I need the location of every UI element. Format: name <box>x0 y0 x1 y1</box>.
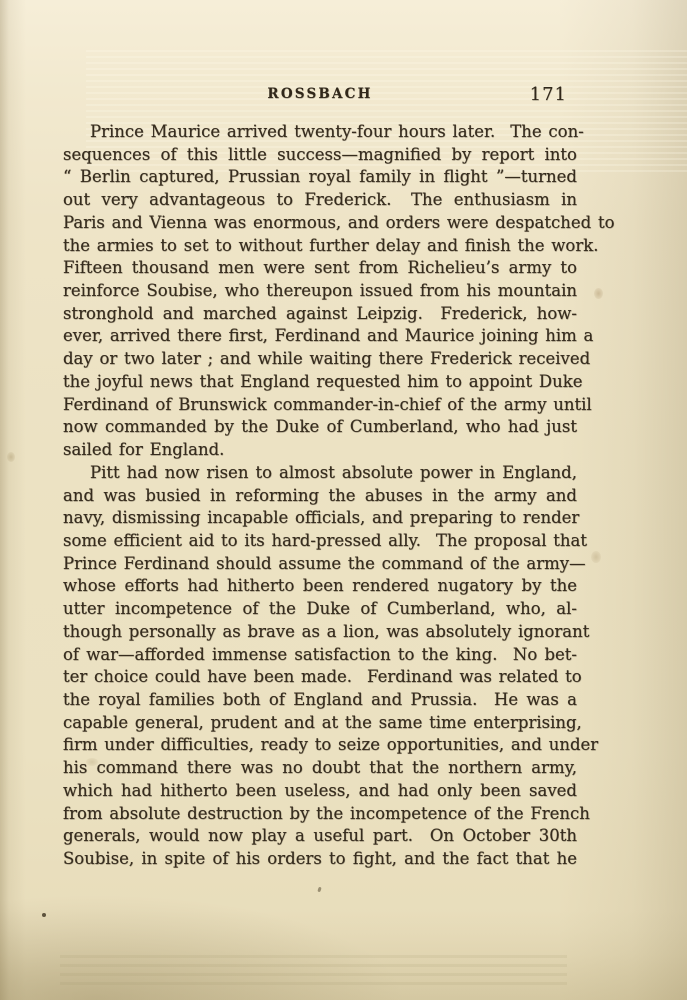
running-header-title: ROSSBACH <box>267 86 372 102</box>
text-line: some efficient aid to its hard-pressed a… <box>63 530 577 553</box>
text-line: the armies to set to without further del… <box>63 235 577 258</box>
text-line: ever, arrived there first, Ferdinand and… <box>63 325 577 348</box>
text-line: though personally as brave as a lion, wa… <box>63 621 577 644</box>
text-line: the royal families both of England and P… <box>63 689 577 712</box>
scan-speck <box>317 887 321 893</box>
text-line: day or two later ; and while waiting the… <box>63 348 577 371</box>
text-line: generals, would now play a useful part. … <box>63 825 577 848</box>
text-line: ter choice could have been made. Ferdina… <box>63 666 577 689</box>
scan-smudge <box>594 288 603 299</box>
text-line: the joyful news that England requested h… <box>63 371 577 394</box>
text-line: now commanded by the Duke of Cumberland,… <box>63 416 577 439</box>
text-line: “ Berlin captured, Prussian royal family… <box>63 166 577 189</box>
scan-smudge <box>591 551 601 563</box>
text-line: of war—afforded immense satisfaction to … <box>63 644 577 667</box>
text-line: stronghold and marched against Leipzig. … <box>63 303 577 326</box>
text-line: Fifteen thousand men were sent from Rich… <box>63 257 577 280</box>
text-line: reinforce Soubise, who thereupon issued … <box>63 280 577 303</box>
text-line: his command there was no doubt that the … <box>63 757 577 780</box>
text-line: firm under difficulties, ready to seize … <box>63 734 577 757</box>
text-line: sequences of this little success—magnifi… <box>63 144 577 167</box>
text-line: Prince Ferdinand should assume the comma… <box>63 553 577 576</box>
body-text: Prince Maurice arrived twenty-four hours… <box>63 121 577 871</box>
text-line: Soubise, in spite of his orders to fight… <box>63 848 577 871</box>
text-line: Ferdinand of Brunswick commander-in-chie… <box>63 394 577 417</box>
running-header: ROSSBACH 171 <box>63 84 577 106</box>
text-line: capable general, prudent and at the same… <box>63 712 577 735</box>
scan-speck <box>42 913 46 917</box>
text-line: and was busied in reforming the abuses i… <box>63 485 577 508</box>
scan-smudge <box>7 452 15 462</box>
text-line: whose efforts had hitherto been rendered… <box>63 575 577 598</box>
scan-streaks-bottom <box>60 955 567 985</box>
book-page: ROSSBACH 171 Prince Maurice arrived twen… <box>0 0 687 1000</box>
text-line: from absolute destruction by the incompe… <box>63 803 577 826</box>
text-line: which had hitherto been useless, and had… <box>63 780 577 803</box>
page-number: 171 <box>530 84 567 105</box>
text-line: utter incompetence of the Duke of Cumber… <box>63 598 577 621</box>
text-line: Prince Maurice arrived twenty-four hours… <box>63 121 577 144</box>
text-line: Pitt had now risen to almost absolute po… <box>63 462 577 485</box>
text-line: navy, dismissing incapable officials, an… <box>63 507 577 530</box>
text-line: sailed for England. <box>63 439 577 462</box>
text-line: Paris and Vienna was enormous, and order… <box>63 212 577 235</box>
text-line: out very advantageous to Frederick. The … <box>63 189 577 212</box>
